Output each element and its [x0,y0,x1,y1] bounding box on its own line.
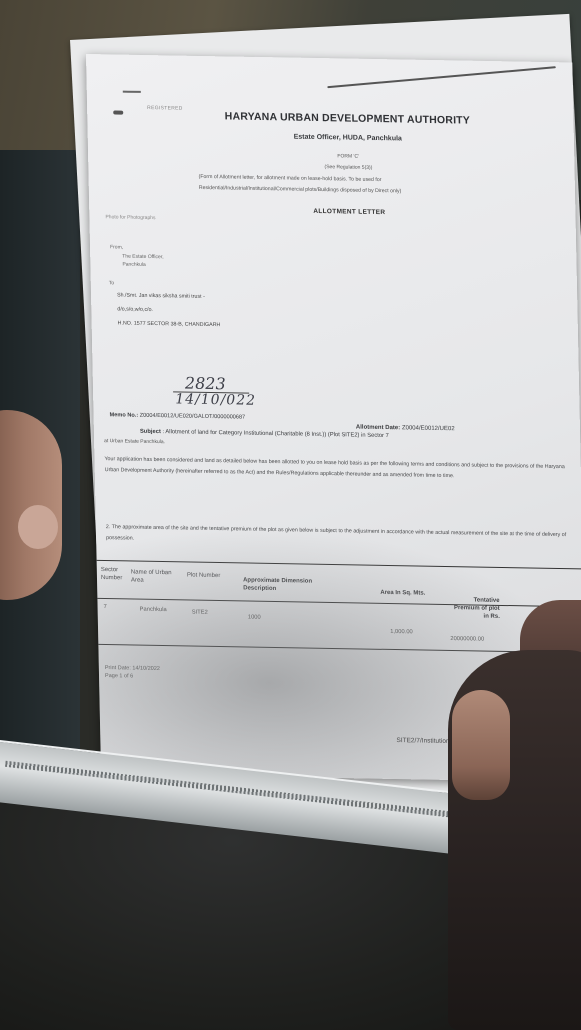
allotment-date-label: Allotment Date: [356,424,400,431]
handwritten-number: 2823 [185,374,226,394]
cell-plot: SITE2 [192,610,208,616]
regulation-label: (See Regulation 5(3)) [198,162,498,173]
handwritten-date: 14/10/022 [175,391,256,408]
right-thumb [452,690,510,800]
allotment-date: Allotment Date: Z0004/E0012/UE02 [356,424,455,432]
subject-continuation: at Urban Estate Panchkula. [104,438,165,445]
print-date-block: Print Date: 14/10/2022 Page 1 of 6 [105,664,160,681]
cell-premium: 20000000.00 [450,636,484,643]
plot-details-table: Sector Number Name of Urban Area Plot Nu… [97,560,581,568]
from-line: Panchkula [122,262,145,268]
subject-label: Subject [140,429,161,435]
to-line: Sh./Smt. Jan vikas siksha smiti trust - [117,292,205,300]
form-note: (Form of Allotment letter, for allotment… [198,172,449,198]
paragraph-1: Your application has been considered and… [104,454,565,484]
cell-area: 1,000.00 [390,629,413,635]
photo-note: Photo for Photographs [105,214,155,221]
memo-number: Memo No.: Z0004/E0012/UE020/GALOT/000000… [110,412,246,420]
header-sector: Sector Number [101,566,129,582]
cell-sector: 7 [104,604,107,610]
header-area: Area In Sq. Mts. [379,589,425,598]
subject-line: Subject : Allotment of land for Category… [140,429,560,442]
subject-text: : Allotment of land for Category Institu… [162,429,388,439]
to-line: d/o,s/o,w/o,c/o. [117,306,153,313]
header-dimension: Approximate Dimension Description [243,576,343,594]
paragraph-2: 2. The approximate area of the site and … [106,522,567,552]
letter-title: ALLOTMENT LETTER [199,206,499,218]
header-premium: Tentative Premium of plot in Rs. [451,596,500,621]
page-number: Page 1 of 6 [105,672,160,681]
from-label: From, [110,244,123,250]
memo-label: Memo No.: [110,412,139,418]
ink-mark [113,110,123,114]
form-label: FORM 'C' [198,151,498,162]
table-rule-top [97,560,581,569]
registered-stamp: REGISTERED [147,105,183,112]
left-hand [0,410,62,600]
to-line: H.NO. 1577 SECTOR 38-B, CHANDIGARH [118,320,221,328]
header-plot: Plot Number [187,571,223,580]
authority-heading: HARYANA URBAN DEVELOPMENT AUTHORITY [197,110,497,127]
pen-dash [123,91,141,93]
cell-dimension: 1000 [248,614,261,620]
left-thumbnail [18,505,58,549]
memo-value: Z0004/E0012/UE020/GALOT/0000000687 [140,413,246,421]
from-line: The Estate Officer, [122,254,163,261]
cell-urban-area: Panchkula [140,607,167,613]
allotment-date-value: Z0004/E0012/UE02 [402,425,455,432]
pen-mark [327,66,556,88]
table-rule-header [97,598,581,607]
to-label: To [109,280,114,286]
office-subheading: Estate Officer, HUDA, Panchkula [198,132,498,144]
header-urban-area: Name of Urban Area [131,568,175,585]
